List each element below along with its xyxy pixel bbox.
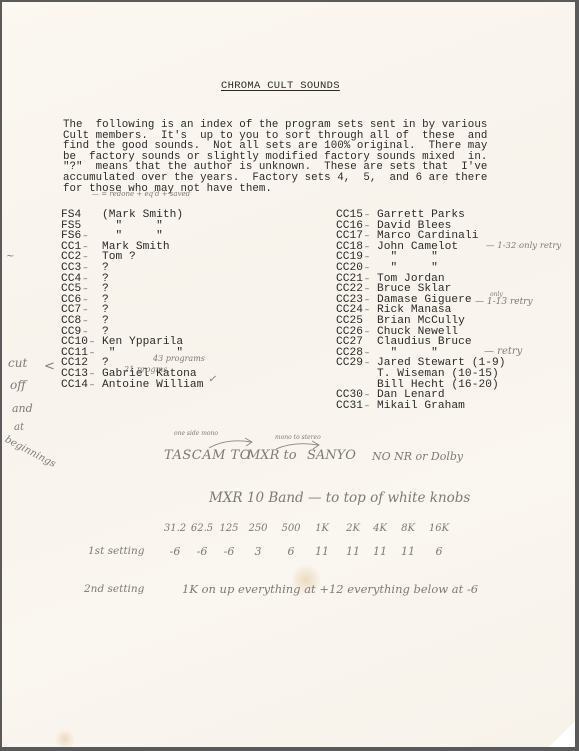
eq-band-value: -6 [160,545,190,558]
program-set-code: FS4 [61,210,102,221]
eq-band-label: 2K [338,523,368,534]
done-mark-icon: – [90,380,95,391]
eq-band-value: 6 [424,545,454,558]
done-mark-icon: – [83,316,88,327]
done-mark-icon: – [83,274,88,285]
list-item: CC3–? [61,263,203,274]
eq-title: MXR 10 Band — to top of white knobs [209,490,470,506]
eq-band-label: 8K [393,523,423,534]
eq-band-label: 125 [214,523,244,534]
done-mark-icon: – [365,401,370,412]
list-item: CC8–? [61,316,203,327]
done-mark-icon: – [365,348,370,359]
list-item: CC6–? [61,295,203,306]
second-setting-text: 1K on up everything at +12 everything be… [182,582,478,596]
eq-band-label: 500 [276,523,306,534]
done-mark-icon: – [365,221,370,232]
program-set-code: CC20 [336,263,377,274]
program-set-code: CC15 [336,210,377,221]
eq-band-label: 250 [243,523,273,534]
done-mark-icon: – [365,231,370,242]
done-mark-icon: – [365,295,370,306]
program-set-code: CC25 [336,316,377,327]
folded-corner [549,721,575,747]
second-setting-label: 2nd setting [84,583,144,595]
eq-band-label: 16K [424,523,454,534]
cc28-note: — retry [484,346,522,357]
done-mark-icon: – [365,284,370,295]
side-note-word: and [12,402,33,415]
done-mark-icon: – [365,327,370,338]
eq-band-value: 6 [276,545,306,558]
side-note-word: at [14,422,24,433]
eq-band-value: 11 [307,545,337,558]
done-mark-icon: – [365,242,370,253]
chain-sanyo: SANYO [307,448,356,463]
done-mark-icon: – [83,295,88,306]
cc2-tick: ~ [6,251,14,262]
eq-band-value: -6 [214,545,244,558]
list-item: CC14–Antoine William [61,380,203,391]
side-note-word: off [10,378,26,392]
done-mark-icon: – [83,231,88,242]
cc12-note: 21 progms. [124,365,170,374]
done-mark-icon: – [83,242,88,253]
eq-band-value: 11 [393,545,423,558]
chain-mxr: MXR to [247,448,297,463]
eq-band-value: 11 [338,545,368,558]
chain-tascam: TASCAM TO [164,448,251,463]
program-set-code: CC3 [61,263,102,274]
done-mark-icon: – [365,252,370,263]
done-mark-icon: – [365,263,370,274]
eq-band-label: 1K [307,523,337,534]
done-mark-icon: – [83,305,88,316]
stain [54,730,76,747]
done-mark-icon: – [90,369,95,380]
list-item: CC5–? [61,284,203,295]
eq-band-value: -6 [187,545,217,558]
cc12-arrow: < [44,359,55,374]
eq-band-label: 4K [365,523,395,534]
program-set-code: CC29 [336,358,377,369]
side-note-word: cut [8,356,27,370]
cc23-note: — 1-13 retry [475,297,533,307]
program-list-left: FS4(Mark Smith)FS5 " "FS6– " "CC1–Mark S… [61,210,203,390]
eq-band-value: 3 [243,545,273,558]
done-mark-icon: – [90,348,95,359]
list-item: CC4–? [61,274,203,285]
done-mark-icon: – [83,252,88,263]
author-name: Mikail Graham [377,400,465,412]
legend-note: — = redone + eq'd + saved [92,190,190,198]
done-mark-icon: – [83,284,88,295]
list-item: CC31–Mikail Graham [336,401,506,412]
done-mark-icon: – [90,337,95,348]
cc18-note: — 1-32 only retry [486,241,561,251]
scanned-page: CHROMA CULT SOUNDS The following is an i… [2,2,575,747]
check-icon: ✓ [208,374,216,385]
eq-band-label: 31.2 [160,523,190,534]
program-set-code: CC8 [61,316,102,327]
side-note-word: beginnings [3,434,58,470]
first-setting-label: 1st setting [88,545,145,557]
cc11-note: 43 programs [153,354,205,363]
list-item: CC7–? [61,305,203,316]
done-mark-icon: – [365,210,370,221]
intro-line: accumulated over the years. Factory sets… [63,173,507,184]
program-set-code: CC13 [61,369,102,380]
program-list-right: CC15–Garrett ParksCC16–David BleesCC17–M… [336,210,506,411]
intro-line: The following is an index of the program… [63,120,507,131]
program-set-code: CC31 [336,401,377,412]
author-name: Antoine William [102,379,203,391]
intro-paragraph: The following is an index of the program… [63,120,507,194]
program-set-code: CC14 [61,380,102,391]
done-mark-icon: – [83,263,88,274]
done-mark-icon: – [365,390,370,401]
document-title: CHROMA CULT SOUNDS [221,81,340,92]
done-mark-icon: – [365,305,370,316]
done-mark-icon: – [365,358,370,369]
eq-band-label: 62.5 [187,523,217,534]
chain-no-nr: NO NR or Dolby [372,450,463,463]
done-mark-icon: – [365,274,370,285]
eq-band-value: 11 [365,545,395,558]
list-item: CC2–Tom ? [61,252,203,263]
